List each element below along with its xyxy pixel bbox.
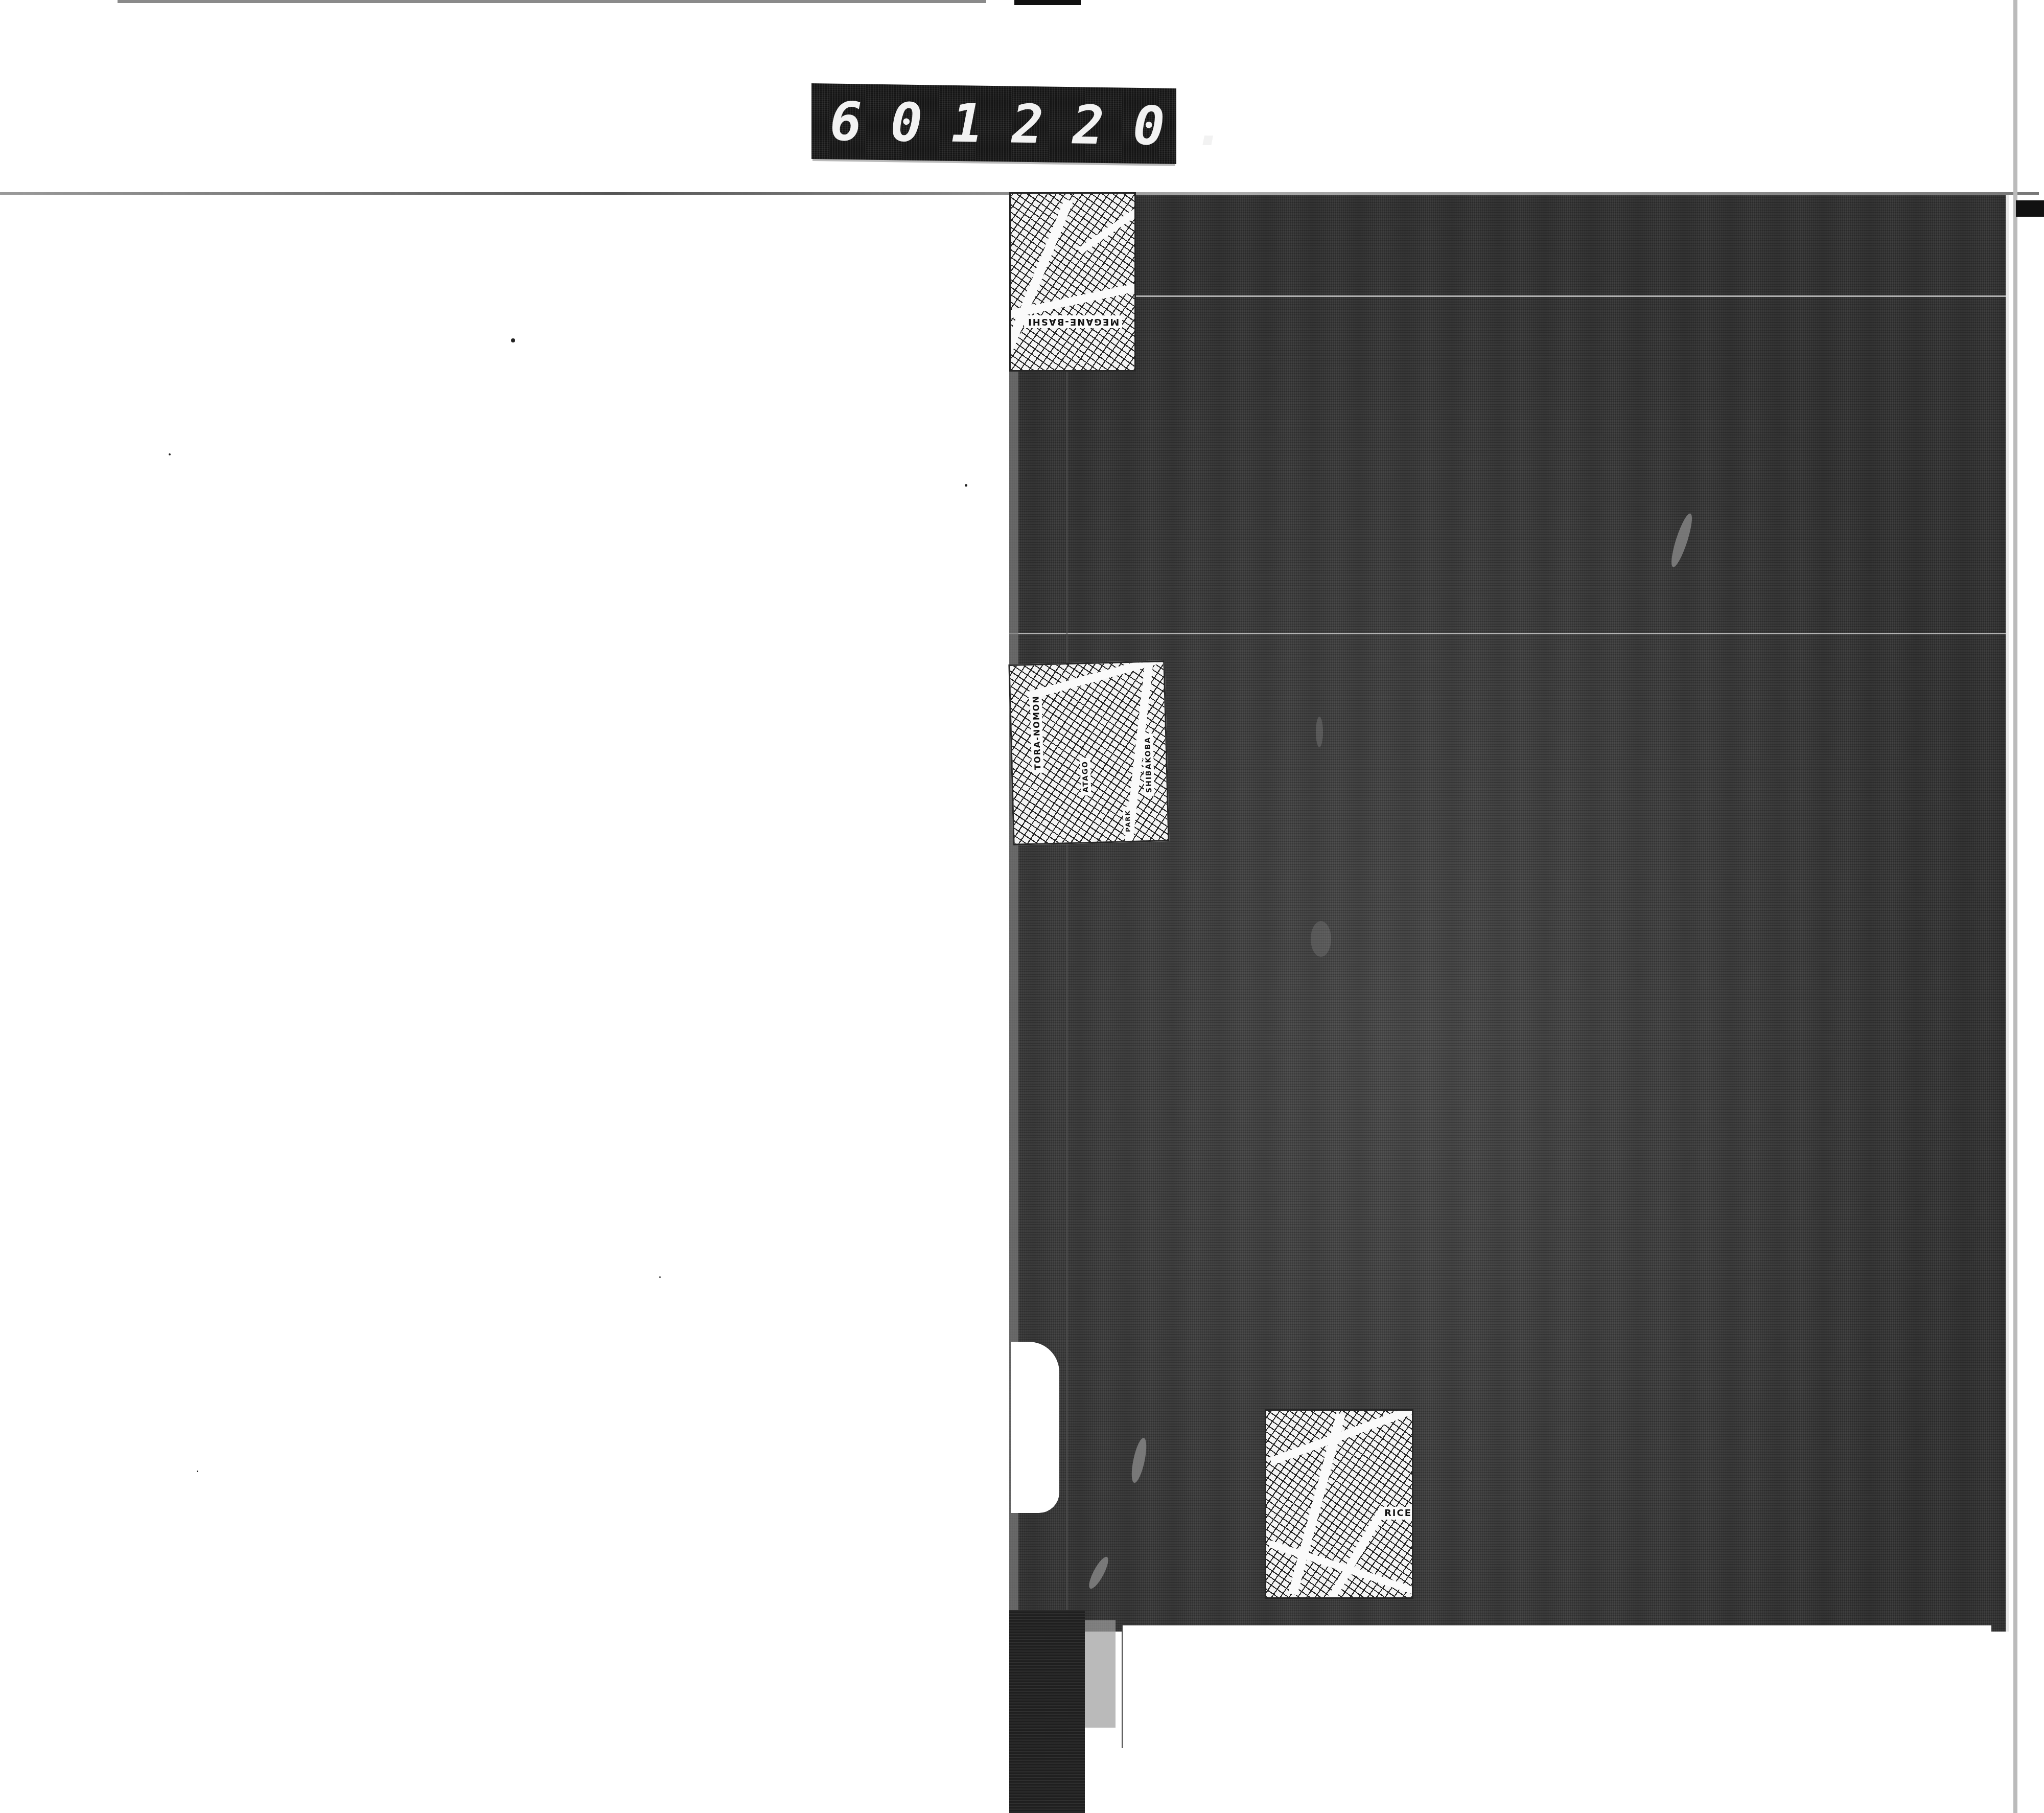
- underlying-page: [1122, 1625, 1991, 1748]
- map-fragment-tora-nomon: TORA-NOMON ATAGO SHIBAKOBA PARK: [1008, 660, 1169, 845]
- top-rule: [118, 0, 986, 3]
- map-road: [1328, 1507, 1386, 1599]
- top-tab: [1014, 0, 1081, 5]
- blank-left-page: [0, 195, 1009, 1813]
- cover-scuff: [1086, 1554, 1112, 1591]
- map-label-park: PARK: [1123, 807, 1133, 835]
- frame-counter: 601 220.: [811, 83, 1176, 164]
- book-spine: [1009, 1610, 1085, 1813]
- dust-speck: [659, 1276, 661, 1278]
- book-cover: [1009, 195, 2009, 1632]
- cover-crease: [1009, 633, 2006, 634]
- map-label-megane-bashi: MEGANE-BASHI: [1024, 315, 1122, 328]
- spine-highlight: [1085, 1620, 1116, 1728]
- map-label-rice: RICE: [1381, 1507, 1413, 1520]
- dust-speck: [197, 1471, 198, 1472]
- map-fragment-rice: RICE: [1265, 1409, 1413, 1599]
- cover-scuff: [1316, 717, 1323, 747]
- cover-scuff: [1311, 921, 1331, 957]
- map-road: [1009, 198, 1073, 365]
- cover-fold-line: [1066, 349, 1067, 1780]
- counter-left-group: 601: [830, 95, 1012, 151]
- map-road: [1077, 201, 1136, 254]
- right-margin-bar: [2013, 0, 2017, 1813]
- dust-speck: [511, 338, 515, 342]
- dust-speck: [965, 484, 967, 487]
- cover-scuff: [1668, 512, 1696, 568]
- right-margin-tab: [2016, 200, 2044, 217]
- dust-speck: [169, 453, 171, 455]
- counter-right-group: 220.: [1012, 97, 1254, 154]
- cover-crease: [1009, 295, 2006, 297]
- map-label-atago: ATAGO: [1080, 758, 1091, 796]
- cover-scuff: [1129, 1437, 1149, 1484]
- faint-bleed-through-text: [1145, 1743, 1962, 1784]
- header-strip: 601 220.: [0, 0, 2044, 195]
- torn-cover-edge: [1011, 1342, 1059, 1513]
- map-road: [1027, 660, 1157, 700]
- map-fragment-megane-bashi: MEGANE-BASHI: [1009, 192, 1136, 372]
- map-label-tora-nomon: TORA-NOMON: [1030, 692, 1043, 773]
- map-label-shibakoba: SHIBAKOBA: [1143, 733, 1154, 796]
